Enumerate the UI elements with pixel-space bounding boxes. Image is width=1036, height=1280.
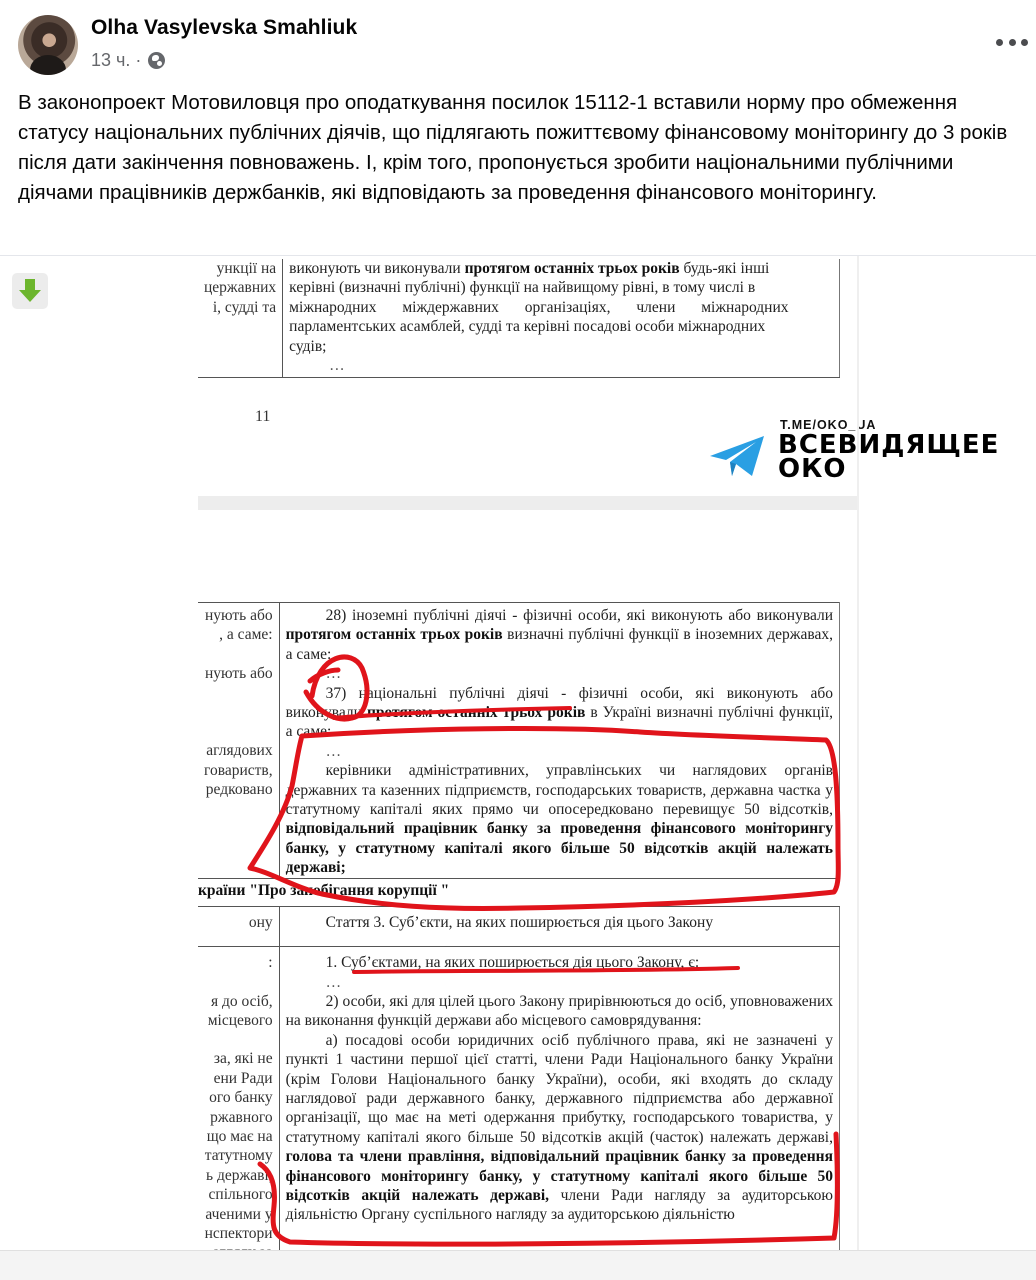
cell-line: редковано — [204, 780, 273, 799]
spacer — [204, 799, 273, 857]
ellipsis: … — [286, 664, 833, 683]
text: керівники адміністративних, управлінськи… — [286, 762, 833, 818]
cell-line: що має на — [204, 1127, 273, 1146]
spacer — [204, 973, 273, 992]
post-text: В законопроект Мотовиловця про оподаткув… — [18, 88, 1028, 208]
watermark-title-line: ОКО — [778, 457, 999, 481]
cell-line: міжнародних міждержавних організаціях, ч… — [289, 298, 833, 317]
law-table-top: ункції на цержавних і, судді та виконуют… — [198, 259, 840, 378]
post-footer-bar — [0, 1250, 1036, 1280]
bold-text: протягом останніх трьох років — [367, 704, 585, 721]
cell-line: : — [204, 953, 273, 972]
table-cell-right: виконують чи виконували протягом останні… — [283, 259, 840, 377]
article-title: Стаття 3. Суб’єкти, на яких поширюється … — [286, 913, 833, 932]
cell-line: нують або — [204, 664, 273, 683]
cell-line: ь державі, — [204, 1166, 273, 1185]
bold-text: відповідальний працівник банку за провед… — [286, 820, 833, 876]
page-number: 11 — [255, 408, 270, 426]
cell-line: керівні (визначні публічні) функції на н… — [289, 278, 833, 297]
cell-line: спільного — [204, 1185, 273, 1204]
cell-line: татутному — [204, 1146, 273, 1165]
cell-line: ункції на — [204, 259, 276, 278]
cell-line: виконують чи виконували протягом останні… — [289, 259, 833, 278]
cell-line: , а саме: — [204, 625, 273, 644]
download-arrow-icon[interactable] — [12, 273, 48, 309]
cell-line: я до осіб, — [204, 992, 273, 1011]
spacer — [204, 683, 273, 741]
paragraph: 1. Суб’єктами, на яких поширюється дія ц… — [286, 953, 833, 972]
table-cell-right: Стаття 3. Суб’єкти, на яких поширюється … — [279, 907, 839, 947]
cell-line: і, судді та — [204, 298, 276, 317]
text: 2) особи, які для цілей цього Закону при… — [286, 993, 833, 1029]
cell-line: цержавних — [204, 278, 276, 297]
spacer — [204, 1030, 273, 1049]
text: 28) іноземні публічні діячі - фізичні ос… — [326, 607, 833, 624]
post-image[interactable]: ункції на цержавних і, судді та виконуют… — [0, 255, 1036, 1250]
paragraph: 2) особи, які для цілей цього Закону при… — [286, 992, 833, 1031]
author-name[interactable]: Olha Vasylevska Smahliuk — [91, 16, 357, 40]
paragraph: а) посадові особи юридичних осіб публічн… — [286, 1031, 833, 1225]
more-options-icon — [996, 39, 1003, 46]
ellipsis: … — [286, 742, 833, 761]
watermark: T.ME/OKO_UA ВСЕВИДЯЩЕЕ ОКО — [708, 418, 968, 488]
cell-line: аглядових — [204, 741, 273, 760]
text: будь-які інші — [680, 260, 770, 277]
post-meta: 13 ч. · — [91, 50, 165, 71]
section-header: країни "Про запобігання корупції " — [198, 882, 449, 899]
item-37: 37) національні публічні діячі - фізичні… — [286, 684, 833, 742]
watermark-title: ВСЕВИДЯЩЕЕ ОКО — [778, 433, 999, 481]
more-options-icon-dot — [1009, 39, 1016, 46]
cell-line: говариств, — [204, 761, 273, 780]
cell-line: нують або — [204, 606, 273, 625]
text: а) посадові особи юридичних осіб публічн… — [286, 1032, 833, 1146]
more-options-button[interactable] — [996, 30, 1028, 54]
cell-line: парламентських асамблей, судді та керівн… — [289, 317, 833, 336]
bold-text: протягом останніх трьох років — [465, 260, 680, 277]
cell-line: агляду за — [204, 1243, 273, 1250]
cell-line: ону — [204, 913, 273, 932]
more-options-icon-dot — [1021, 39, 1028, 46]
item-28: 28) іноземні публічні діячі - фізичні ос… — [286, 606, 833, 664]
page-edge — [857, 256, 859, 1250]
text: виконують чи виконували — [289, 260, 464, 277]
cell-line: ени Ради — [204, 1069, 273, 1088]
document-page-bottom: нують або , а саме: нують або аглядових … — [198, 510, 858, 1250]
table-cell-right: 1. Суб’єктами, на яких поширюється дія ц… — [279, 947, 839, 1250]
spacer — [204, 645, 273, 664]
law-table-main: нують або , а саме: нують або аглядових … — [198, 602, 840, 1250]
cell-line: за, які не — [204, 1049, 273, 1068]
managers-clause: керівники адміністративних, управлінськи… — [286, 761, 833, 877]
meta-separator: · — [135, 50, 141, 71]
cell-line: ого банку — [204, 1088, 273, 1107]
cell-line: судів; — [289, 337, 833, 356]
cell-line: аченими у — [204, 1205, 273, 1224]
bold-text: протягом останніх трьох років — [286, 626, 503, 643]
table-cell-left: нують або , а саме: нують або аглядових … — [198, 603, 279, 879]
author-avatar[interactable] — [18, 15, 78, 75]
post-time[interactable]: 13 ч. — [91, 50, 130, 71]
ellipsis: … — [286, 973, 833, 992]
page-separator — [198, 496, 858, 510]
cell-line: нспектори — [204, 1224, 273, 1243]
table-cell-left: ону — [198, 907, 279, 947]
table-cell-right: 28) іноземні публічні діячі - фізичні ос… — [279, 603, 839, 879]
post-header: Olha Vasylevska Smahliuk 13 ч. · — [0, 0, 1036, 84]
cell-line: ржавного — [204, 1108, 273, 1127]
section-header-cell: країни "Про запобігання корупції " — [198, 878, 840, 906]
table-cell-left: ункції на цержавних і, судді та — [198, 259, 283, 377]
telegram-icon — [708, 432, 768, 480]
ellipsis: … — [289, 356, 833, 375]
table-cell-left: : я до осіб, місцевого за, які не ени Ра… — [198, 947, 279, 1250]
cell-line: місцевого — [204, 1011, 273, 1030]
globe-icon[interactable] — [148, 52, 165, 69]
